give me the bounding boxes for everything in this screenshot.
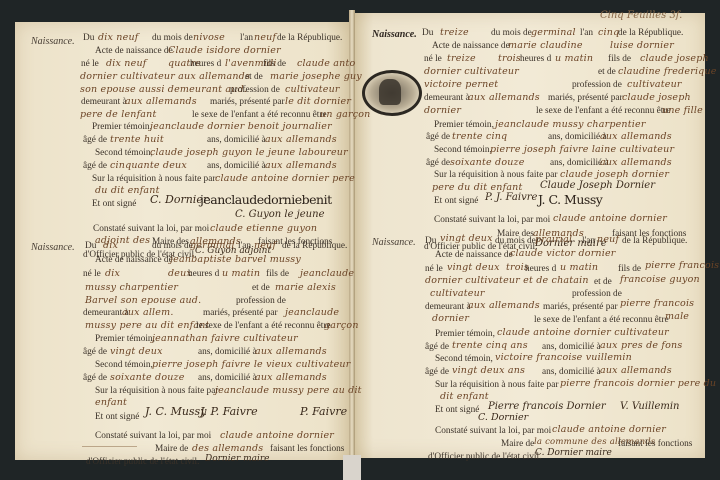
hw-requisition: claude antoine dornier pere	[215, 171, 355, 187]
form-text: d'Officier public de l'état civil.	[86, 455, 199, 471]
signature: P. J. Faivre	[485, 190, 537, 206]
form-text: Du	[83, 31, 94, 47]
hw-witness2-age: vingt deux ans	[452, 363, 525, 379]
record-label: Naissance.	[31, 240, 75, 256]
hw-mayor: claude antoine dornier	[553, 211, 667, 227]
hw-sex: garçon	[324, 318, 359, 334]
form-text: heures d	[520, 52, 551, 68]
hw-presented-by-cont: dornier	[432, 311, 469, 327]
form-text: de la République.	[277, 31, 342, 47]
spine-edge	[343, 455, 361, 480]
hw-day: vingt deux	[440, 231, 493, 247]
divider	[82, 446, 137, 447]
margin-note: Cinq Feuilles 3f.	[600, 10, 682, 21]
officer-signature: Dornier maire	[205, 452, 270, 468]
form-text: Et ont signé	[92, 197, 136, 213]
hw-requisition-cont: enfant	[95, 395, 127, 411]
hw-residence: aux allemands	[468, 298, 540, 314]
hw-sex: male	[665, 309, 689, 325]
hw-mother: francoise guyon	[620, 272, 700, 288]
official-stamp-icon	[362, 70, 422, 116]
form-text: faisant les fonctions	[618, 437, 692, 453]
signature: jeanclaudedorniebenit	[200, 192, 332, 208]
record-label: Naissance.	[372, 27, 417, 43]
record-label: Naissance.	[31, 34, 75, 50]
signature: J. C. Mussy	[145, 404, 206, 420]
form-text: faisant les fonctions	[270, 442, 344, 458]
form-text: Et ont signé	[435, 403, 479, 419]
signature: P. Faivre	[300, 404, 347, 420]
form-text: heures d	[188, 267, 219, 283]
hw-sex: une fille	[662, 103, 703, 119]
hw-born-time: u matin	[222, 266, 260, 282]
form-text: de la République.	[622, 234, 687, 250]
hw-residence: aux allemands	[468, 90, 540, 106]
signature: V. Vuillemin	[620, 399, 680, 415]
hw-day: dix	[103, 238, 118, 254]
officer-signature: C. Dornier maire	[535, 446, 612, 462]
hw-born-time: u matin	[555, 51, 593, 67]
form-text: Et ont signé	[434, 194, 478, 210]
hw-requisition: jeanclaude mussy pere au dit	[215, 383, 362, 399]
hw-presented-by-cont: dornier	[424, 103, 461, 119]
signature: J. P. Faivre	[200, 404, 258, 420]
form-text: Et ont signé	[95, 410, 139, 426]
signature: J. C. Mussy	[538, 192, 602, 208]
record-label: Naissance.	[372, 235, 416, 251]
hw-requisition: pierre francois dornier pere du	[560, 376, 716, 392]
form-text: d'Officier public de l'état civil.	[428, 450, 541, 466]
